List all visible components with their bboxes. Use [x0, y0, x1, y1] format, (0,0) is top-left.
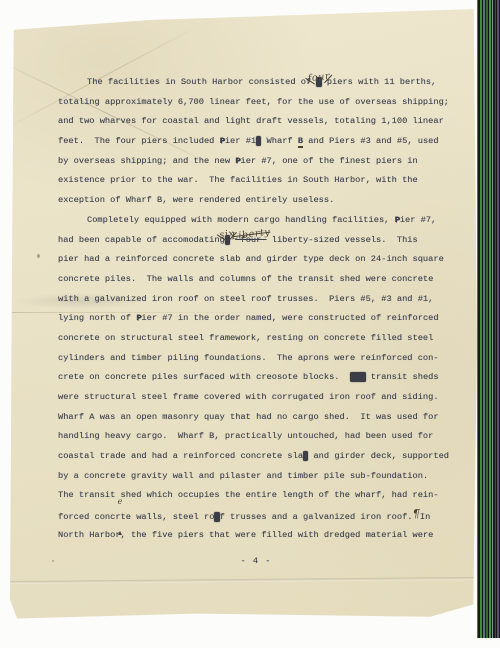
- text-line: coastal trade and had a reinforced concr…: [58, 447, 454, 467]
- text-line: lying north of Pier #7 in the order name…: [58, 309, 454, 329]
- typed-text: North Harbor, the five piers that were f…: [58, 530, 433, 540]
- text-line: exception of Wharf B, were rendered enti…: [58, 191, 454, 211]
- typed-text: ier #1: [225, 136, 256, 146]
- page-number: - 4 -: [58, 556, 454, 566]
- typed-text: Wharf A was an open masonry quay that ha…: [58, 412, 439, 422]
- overstrike-blob: The: [350, 372, 366, 382]
- typed-text: piers with 11 berths,: [322, 77, 437, 87]
- typed-text: existence prior to the war. The faciliti…: [58, 175, 418, 185]
- typed-text: te walls, steel ro: [121, 512, 215, 522]
- typed-text: In: [420, 512, 430, 522]
- typed-text: handling heavy cargo. Wharf B, practical…: [58, 431, 433, 441]
- typed-text: concrete piles. The walls and columns of…: [58, 274, 433, 284]
- paper-speck: [52, 560, 54, 562]
- typed-text: Wharf: [261, 136, 298, 146]
- typed-text: were structural steel frame covered with…: [58, 392, 439, 402]
- typed-text: by overseas shipping; and the new: [58, 156, 235, 166]
- typed-text: ier #7 in the order named, were construc…: [141, 313, 438, 323]
- typed-text: and girder deck, supported: [308, 451, 449, 461]
- text-line: concrete piles. The walls and columns of…: [58, 270, 454, 290]
- typed-text: by a concrete gravity wall and pilaster …: [58, 471, 428, 481]
- scanned-document: The facilities in South Harbor consisted…: [0, 0, 500, 648]
- text-line: crete on concrete piles surfaced with cr…: [58, 368, 454, 388]
- struck-out-text: four Liberty: [235, 235, 266, 245]
- text-line: The facilities in South Harbor consisted…: [58, 73, 454, 93]
- text-line: handling heavy cargo. Wharf B, practical…: [58, 427, 454, 447]
- typed-text: with a galvanized iron roof on steel roo…: [58, 294, 433, 304]
- text-line: forced concrete walls, steel roof trusse…: [58, 506, 454, 526]
- typed-text: The transit shed which occupies the enti…: [58, 490, 439, 500]
- text-line: concrete on structural steel framework, …: [58, 329, 454, 349]
- typed-text: ier #7, one of the finest piers in: [240, 156, 417, 166]
- typed-text: The facilities in South Harbor consisted…: [87, 77, 316, 87]
- text-line: existence prior to the war. The faciliti…: [58, 171, 454, 191]
- pilcrow-mark: ¶: [413, 512, 420, 522]
- typed-text: coastal trade and had a reinforced concr…: [58, 451, 303, 461]
- typed-text: transit sheds: [366, 372, 439, 382]
- text-line: pier had a reinforced concrete slab and …: [58, 250, 454, 270]
- text-line: with a galvanized iron roof on steel roo…: [58, 290, 454, 310]
- typed-text: lying north of: [58, 313, 136, 323]
- typed-text: and two wharves for coastal and light dr…: [58, 116, 444, 126]
- document-text: The facilities in South Harbor consisted…: [58, 73, 454, 546]
- typed-text: f trusses and a galvanized iron roof.: [220, 512, 413, 522]
- typed-text: cylinders and timber piling foundations.…: [58, 353, 439, 363]
- typed-text: feet. The four piers included: [58, 136, 220, 146]
- typed-text: had been capable of accomodating: [58, 235, 225, 245]
- text-line: cylinders and timber piling foundations.…: [58, 349, 454, 369]
- text-line: totaling approximately 6,700 linear feet…: [58, 93, 454, 113]
- text-line: feet. The four piers included Pier #1; W…: [58, 132, 454, 152]
- text-line: North Harbor, the five piers that were f…: [58, 526, 454, 546]
- typed-text: liberty-sized vessels. This: [267, 235, 418, 245]
- text-line: were structural steel frame covered with…: [58, 388, 454, 408]
- paper-fold-crease: [10, 577, 477, 584]
- typed-text: Completely equipped with modern cargo ha…: [87, 215, 395, 225]
- text-line: Wharf A was an open masonry quay that ha…: [58, 408, 454, 428]
- book-binding-edge: [477, 0, 500, 638]
- typed-text: ier #7,: [400, 215, 437, 225]
- paper-sheet: The facilities in South Harbor consisted…: [10, 9, 477, 621]
- text-line: by a concrete gravity wall and pilaster …: [58, 467, 454, 487]
- typed-text: crete on concrete piles surfaced with cr…: [58, 372, 350, 382]
- text-line: had been capable of accomodating8six fou…: [58, 231, 454, 251]
- typed-text: exception of Wharf B, were rendered enti…: [58, 195, 334, 205]
- typed-text: forced concr: [58, 512, 121, 522]
- typed-text: totaling approximately 6,700 linear feet…: [58, 97, 449, 107]
- text-line: and two wharves for coastal and light dr…: [58, 112, 454, 132]
- text-line: by overseas shipping; and the new Pier #…: [58, 152, 454, 172]
- typed-text: pier had a reinforced concrete slab and …: [58, 254, 444, 264]
- typed-text: concrete on structural steel framework, …: [58, 333, 433, 343]
- typed-text: and Piers #3 and #5, used: [303, 136, 439, 146]
- paper-speck: [37, 254, 40, 258]
